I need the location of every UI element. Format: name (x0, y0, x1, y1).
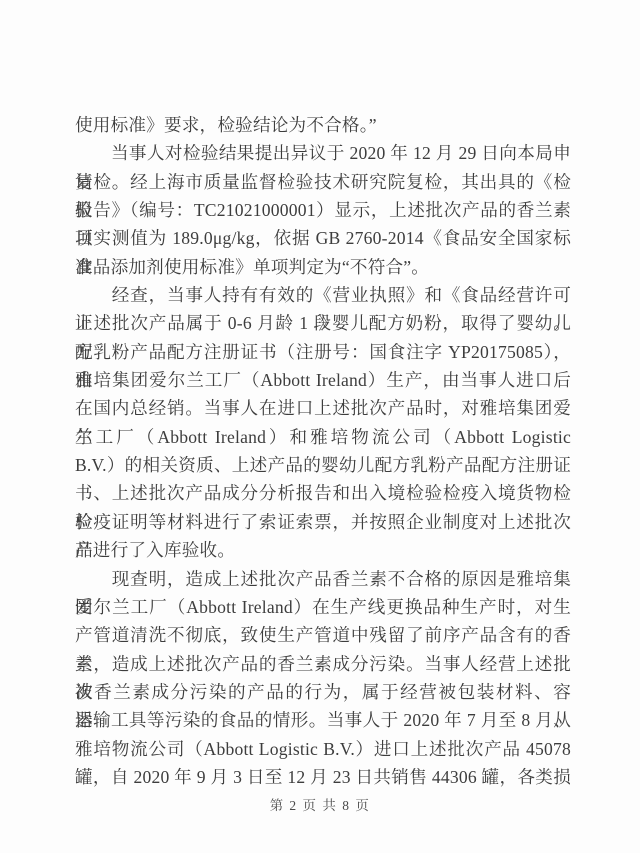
text-line: B.V.）的相关资质、上述产品的婴幼儿配方乳粉产品配方注册证 (75, 451, 571, 479)
text-line: 检疫证明等材料进行了索证索票，并按照企业制度对上述批次产 (75, 508, 571, 536)
text-line: 食品添加剂使用标准》单项判定为“不符合”。 (75, 253, 571, 281)
text-line: 报告》（编号：TC21021000001）显示，上述批次产品的香兰素项 (75, 196, 571, 224)
document-body: 使用标准》要求，检验结论为不合格。” 当事人对检验结果提出异议于 2020 年 … (75, 111, 571, 791)
text-line: 方乳粉产品配方注册证书（注册号：国食注字 YP20175085），由 (75, 338, 571, 366)
text-line: 品进行了入库验收。 (75, 536, 571, 564)
text-line: 运输工具等污染的食品的情形。当事人于 2020 年 7 月至 8 月从 (75, 706, 571, 734)
text-line: 素，造成上述批次产品的香兰素成分污染。当事人经营上述批次 (75, 650, 571, 678)
text-line: 现查明，造成上述批次产品香兰素不合格的原因是雅培集团 (75, 565, 571, 593)
text-line: 罐，自 2020 年 9 月 3 日至 12 月 23 日共销售 44306 罐… (75, 763, 571, 791)
text-line: 书、上述批次产品成分分析报告和出入境检验检疫入境货物检验 (75, 479, 571, 507)
text-line: 目实测值为 189.0μg/kg，依据 GB 2760-2014《食品安全国家标… (75, 224, 571, 252)
text-line: 爱尔兰工厂（Abbott Ireland）在生产线更换品种生产时，对生 (75, 593, 571, 621)
text-line: 上述批次产品属于 0-6 月龄 1 段婴儿配方奶粉，取得了婴幼儿配 (75, 309, 571, 337)
text-line: 产管道清洗不彻底，致使生产管道中残留了前序产品含有的香兰 (75, 621, 571, 649)
page-number: 第 2 页 共 8 页 (270, 798, 371, 813)
text-line: 当事人对检验结果提出异议于 2020 年 12 月 29 日向本局申请 (75, 139, 571, 167)
text-line: 经查，当事人持有有效的《营业执照》和《食品经营许可证》。 (75, 281, 571, 309)
text-line: 使用标准》要求，检验结论为不合格。” (75, 111, 571, 139)
text-line: 兰工厂（Abbott Ireland）和雅培物流公司（Abbott Logist… (75, 423, 571, 451)
document-page: 使用标准》要求，检验结论为不合格。” 当事人对检验结果提出异议于 2020 年 … (0, 0, 640, 853)
text-line: 雅培集团爱尔兰工厂（Abbott Ireland）生产，由当事人进口后 (75, 366, 571, 394)
text-line: 被香兰素成分污染的产品的行为，属于经营被包装材料、容器、 (75, 678, 571, 706)
page-footer: 第 2 页 共 8 页 (0, 794, 640, 814)
text-line: 在国内总经销。当事人在进口上述批次产品时，对雅培集团爱尔 (75, 394, 571, 422)
text-line: 复检。经上海市质量监督检验技术研究院复检，其出具的《检验 (75, 168, 571, 196)
text-line: 雅培物流公司（Abbott Logistic B.V.）进口上述批次产品 450… (75, 735, 571, 763)
